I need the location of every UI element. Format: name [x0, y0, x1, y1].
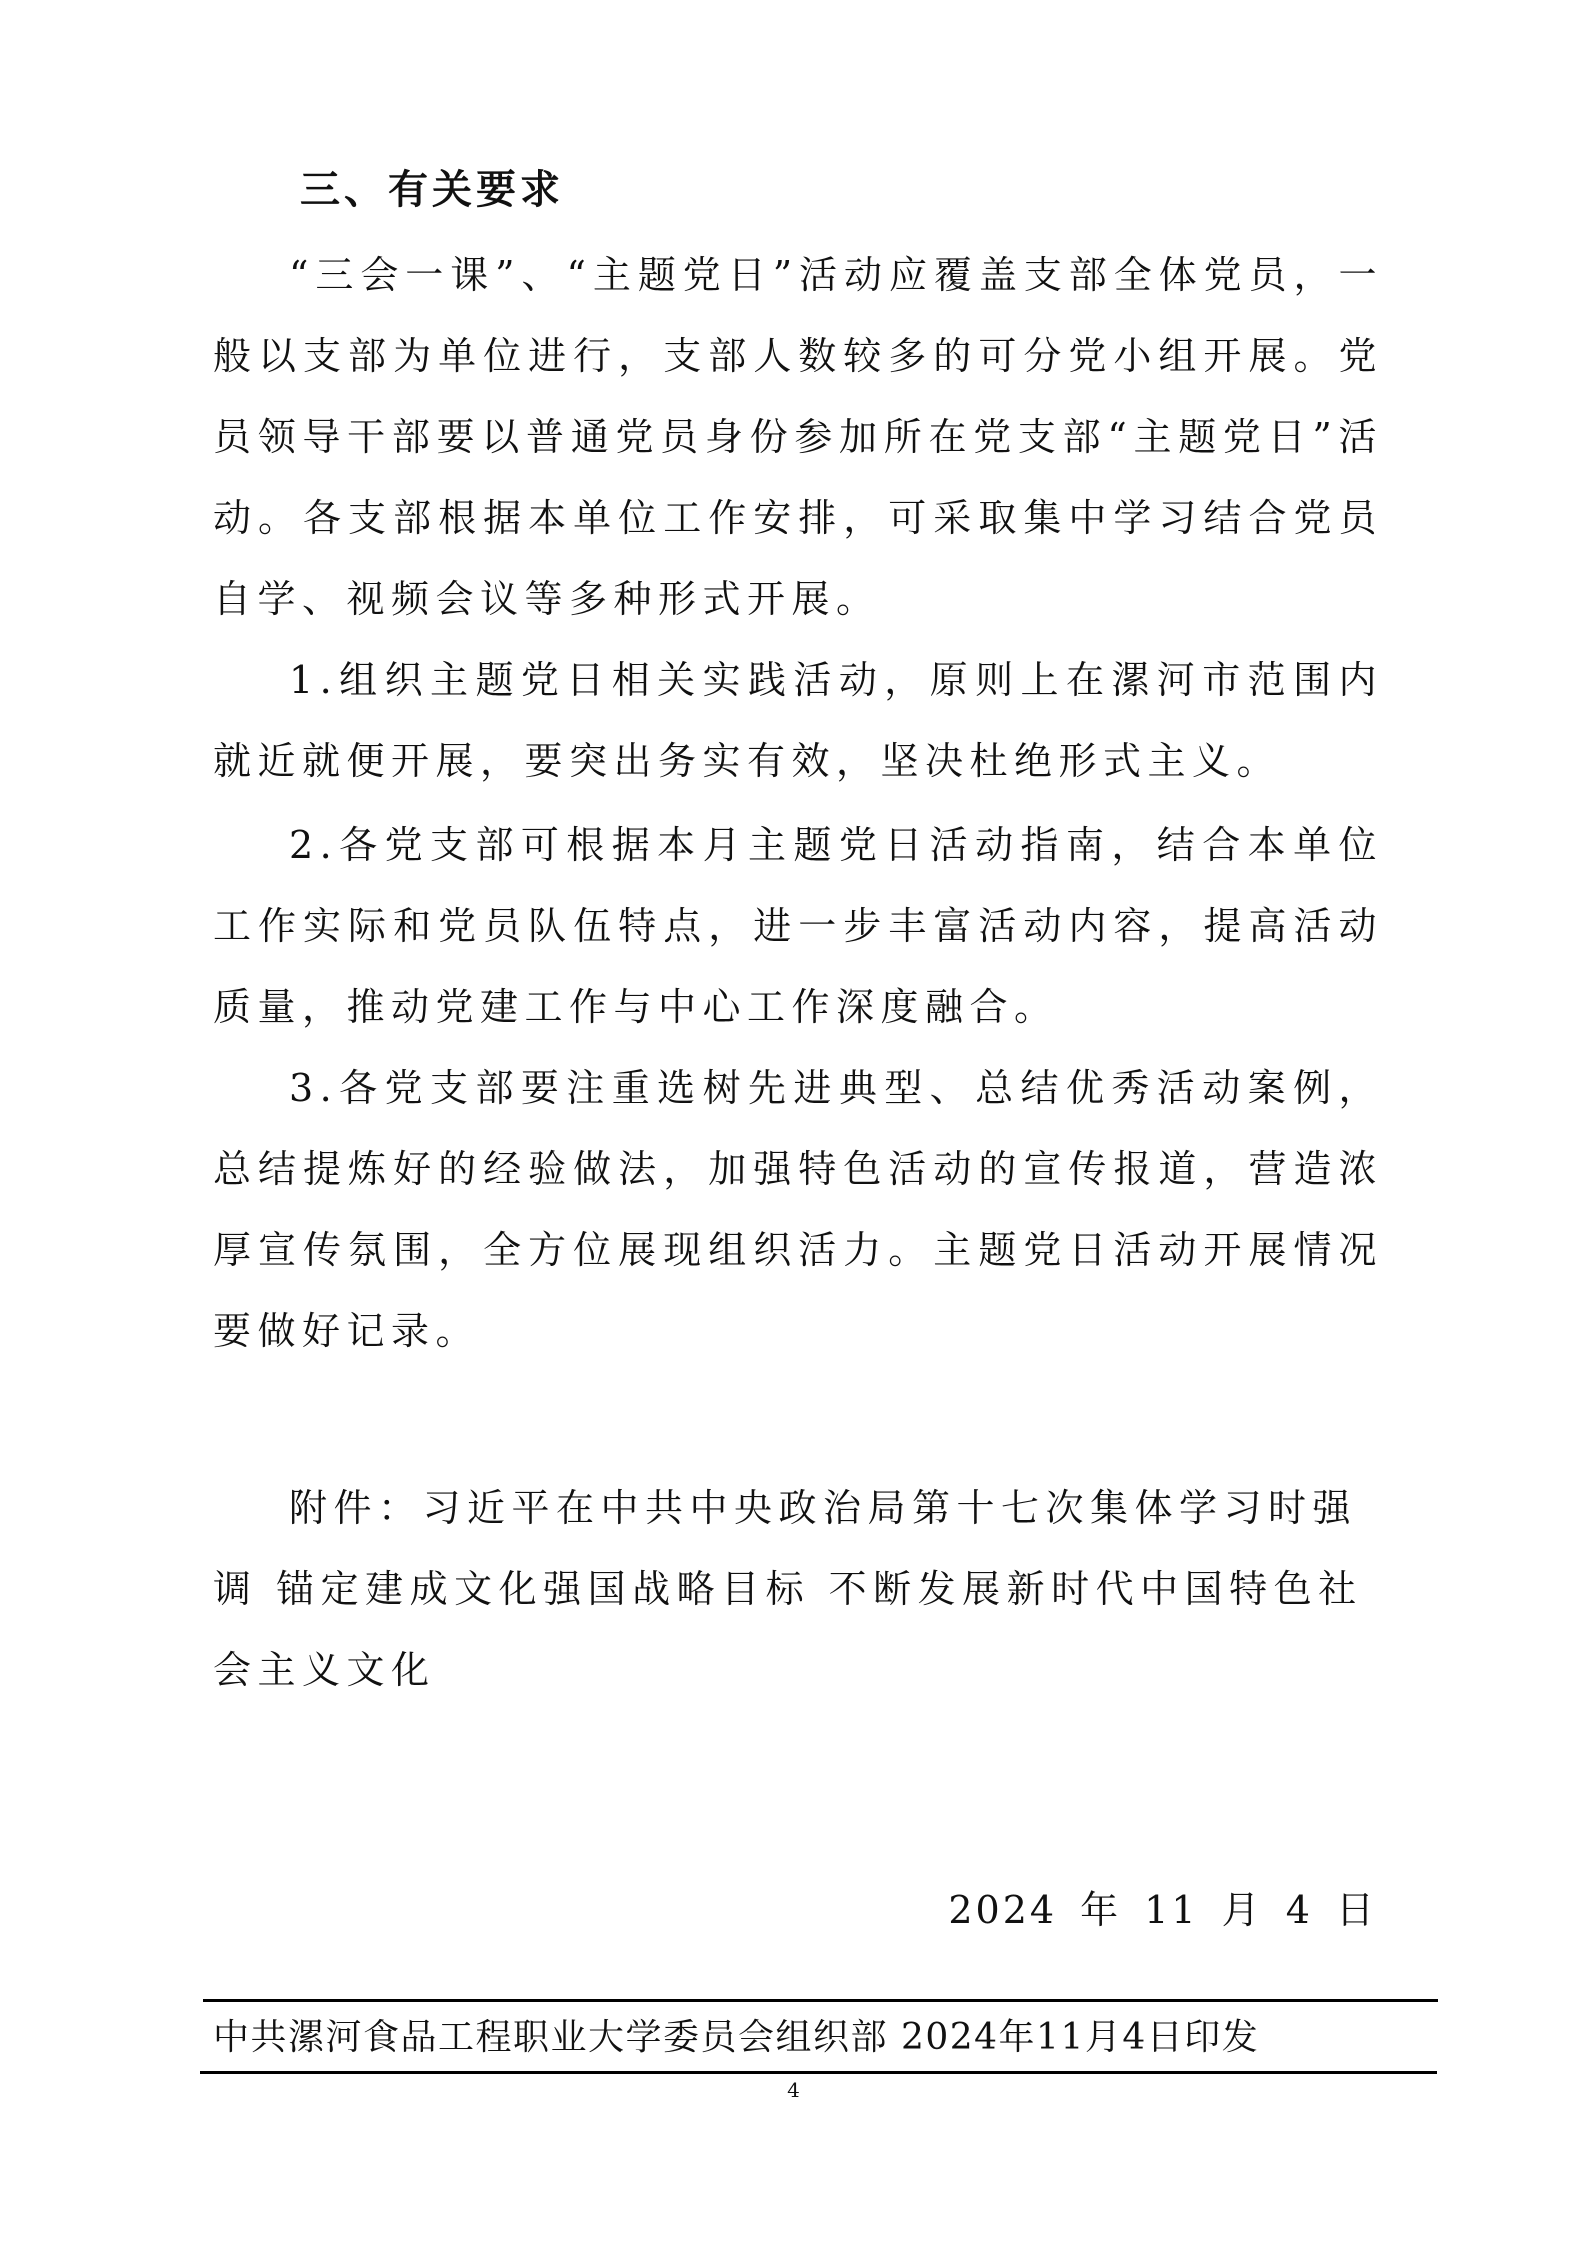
- requirement-item-3-text: 3.各党支部要注重选树先进典型、总结优秀活动案例，总结提炼好的经验做法，加强特色…: [213, 1048, 1383, 1372]
- attachment-text: 附件：习近平在中共中央政治局第十七次集体学习时强调 锚定建成文化强国战略目标 不…: [213, 1468, 1383, 1711]
- intro-paragraph: “三会一课”、“主题党日”活动应覆盖支部全体党员，一般以支部为单位进行，支部人数…: [213, 235, 1383, 640]
- document-page: 三、有关要求 “三会一课”、“主题党日”活动应覆盖支部全体党员，一般以支部为单位…: [0, 0, 1587, 2245]
- requirement-item-1: 1.组织主题党日相关实践活动，原则上在漯河市范围内就近就便开展，要突出务实有效，…: [213, 640, 1383, 802]
- page-number: 4: [0, 2075, 1587, 2105]
- issuing-imprint: 中共漯河食品工程职业大学委员会组织部 2024年11月4日印发: [213, 2008, 1413, 2068]
- signature-date: 2024 年 11 月 4 日: [948, 1880, 1377, 1940]
- requirement-item-3: 3.各党支部要注重选树先进典型、总结优秀活动案例，总结提炼好的经验做法，加强特色…: [213, 1048, 1383, 1372]
- attachment-note: 附件：习近平在中共中央政治局第十七次集体学习时强调 锚定建成文化强国战略目标 不…: [213, 1468, 1383, 1711]
- footer-bottom-rule: [200, 2071, 1437, 2074]
- requirement-item-1-text: 1.组织主题党日相关实践活动，原则上在漯河市范围内就近就便开展，要突出务实有效，…: [213, 640, 1383, 802]
- intro-paragraph-text: “三会一课”、“主题党日”活动应覆盖支部全体党员，一般以支部为单位进行，支部人数…: [213, 235, 1383, 640]
- requirement-item-2-text: 2.各党支部可根据本月主题党日活动指南，结合本单位工作实际和党员队伍特点，进一步…: [213, 805, 1383, 1048]
- requirement-item-2: 2.各党支部可根据本月主题党日活动指南，结合本单位工作实际和党员队伍特点，进一步…: [213, 805, 1383, 1048]
- footer-top-rule: [203, 1999, 1438, 2002]
- section-heading: 三、有关要求: [300, 160, 564, 220]
